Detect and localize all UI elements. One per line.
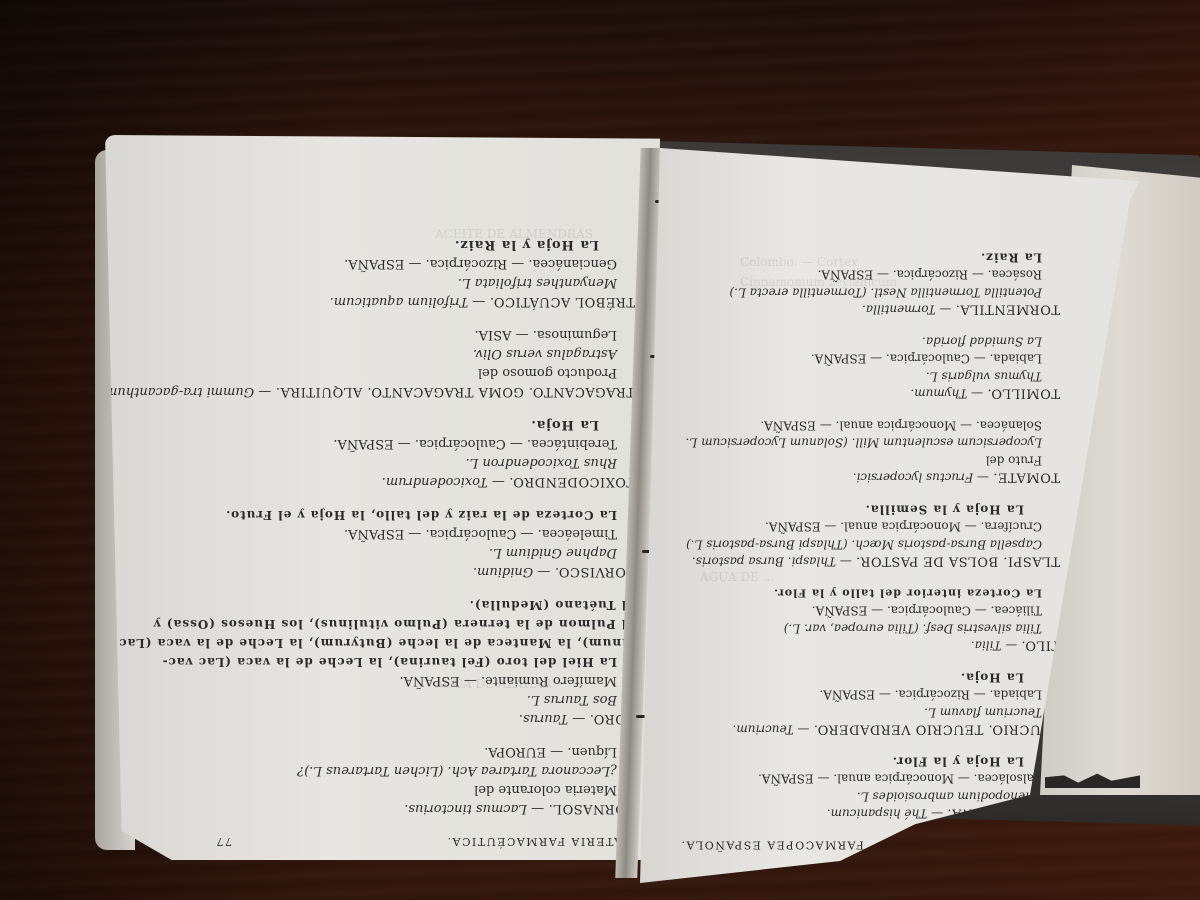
- running-head-title: MATERIA FARMACÉUTICA.: [446, 832, 635, 851]
- entry-tomillo: TOMILLO. — Thymum. Thymus vulgaris L. La…: [680, 332, 1060, 402]
- entry-line: Rhus Toxicodendron L.: [215, 453, 635, 472]
- entry-line: La Hoja y la Raiz.: [215, 235, 635, 254]
- entry-toxicodendro: TOXICODENDRO. — Toxicodendrum. Rhus Toxi…: [215, 415, 635, 491]
- entry-line: Timeleácea. — Caulocárpica. — ESPAÑA.: [215, 524, 635, 543]
- entry-line: Lycopersicum esculentum Mill. (Solanum L…: [680, 434, 1060, 452]
- entry-title: TOXICODENDRO.: [509, 474, 635, 489]
- entry-line: cinum), la Manteca de la leche (Butyrum)…: [215, 633, 635, 652]
- entry-line: Menyanthes trifoliata L.: [215, 273, 635, 292]
- entry-tilo: TILO. — Tilia. Tilia silvestris Desf. (T…: [680, 584, 1060, 654]
- entry-latin: Tormentilla.: [862, 303, 936, 317]
- entry-line: La Hoja.: [215, 415, 635, 434]
- entry-line: Materia colorante del: [215, 780, 635, 799]
- entry-line: Thymus vulgaris L.: [680, 367, 1060, 385]
- left-page-text: MATERIA FARMACÉUTICA. 77 TORNASOL. — Lac…: [215, 235, 635, 851]
- entry-latin: Teucrium.: [733, 723, 794, 737]
- right-page-text: 76 FARMACOPEA ESPAÑOLA. TÉ DE ESPAÑA. — …: [680, 248, 1060, 854]
- entry-title: TRÉBOL ACUÁTICO.: [489, 294, 635, 309]
- entry-line: La Corteza de la raiz y del tallo, la Ho…: [215, 505, 635, 524]
- entry-line: Capsella Bursa-pastoris Mœch. (Thlaspi B…: [680, 535, 1060, 553]
- entry-line: Daphne Gnidium L.: [215, 543, 635, 562]
- entry-line: Fruto del: [680, 451, 1060, 469]
- entry-line: Teucrium flavum L.: [680, 703, 1060, 721]
- entry-line: el Tuétano (Medulla).: [215, 595, 635, 614]
- entry-latin: Tilia.: [971, 639, 1002, 653]
- entry-line: Labiada. — Caulocárpica. — ESPAÑA.: [680, 350, 1060, 368]
- entry-line: Rosácea. — Rizocárpica. — ESPAÑA.: [680, 266, 1060, 284]
- entry-line: el Pulmon de la ternera (Pulmo vitulinus…: [215, 614, 635, 633]
- entry-latin: Taurus.: [519, 711, 568, 726]
- entry-line: La Hoja y la Flor.: [680, 752, 1060, 770]
- entry-tomate: TOMATE. — Fructus lycopersici. Fruto del…: [680, 416, 1060, 486]
- entry-line: ¿Leccanora Tartarea Ach. (Lichen Tartare…: [215, 761, 635, 780]
- entry-line: Labiada. — Rizocárpica. — ESPAÑA.: [680, 686, 1060, 704]
- entry-line: Tilia silvestris Desf. (Tilia europea, v…: [680, 619, 1060, 637]
- entry-title: TEUCRIO. TEUCRIO VERDADERO.: [813, 722, 1060, 737]
- entry-latin: Toxicodendrum.: [382, 474, 488, 489]
- entry-title: TOMATE.: [993, 470, 1060, 485]
- entry-teucrio: TEUCRIO. TEUCRIO VERDADERO. — Teucrium. …: [680, 668, 1060, 738]
- page-number: 77: [215, 832, 232, 851]
- binding-stitch: [636, 715, 646, 718]
- entry-toro: TORO. — Taurus. Bos Taurus L. Mamífero R…: [215, 595, 635, 728]
- entry-latin: Lacmus tinctorius.: [404, 801, 527, 816]
- running-head: 76 FARMACOPEA ESPAÑOLA.: [680, 836, 1060, 854]
- entry-latin: Thé hispanicum.: [827, 807, 927, 821]
- entry-line: La Sumidad florida.: [680, 332, 1060, 350]
- entry-line: La Raiz.: [680, 248, 1060, 266]
- entry-tormentila: TORMENTILA. — Tormentilla. Potentilla To…: [680, 248, 1060, 318]
- entry-tragacanto: TRAGACANTO. GOMA TRAGACANTO. ALQUITIRA. …: [215, 325, 635, 401]
- entry-line: La Hoja.: [680, 668, 1060, 686]
- entry-line: Leguminosa. — ASIA.: [215, 325, 635, 344]
- entry-tlaspi: TLASPI. BOLSA DE PASTOR. — Thlaspi. Burs…: [680, 500, 1060, 570]
- entry-latin: Thlaspi. Bursa pastoris.: [692, 555, 836, 569]
- entry-title: TILO.: [1021, 638, 1060, 653]
- entry-latin: Thymum.: [910, 387, 967, 401]
- entry-line: Producto gomoso del: [215, 363, 635, 382]
- entry-line: La Hoja y la Semilla.: [680, 500, 1060, 518]
- entry-line: Mamífero Rumiante. — ESPAÑA.: [215, 671, 635, 690]
- entry-line: Bos Taurus L.: [215, 690, 635, 709]
- entry-line: Gencianácea. — Rizocárpica. — ESPAÑA.: [215, 254, 635, 273]
- entry-latin: Gummi tra-gacanthum.: [105, 384, 254, 399]
- entry-tornasol: TORNASOL. — Lacmus tinctorius. Materia c…: [215, 742, 635, 818]
- entry-line: Salsolácea. — Monocárpica anual. — ESPAÑ…: [680, 770, 1060, 788]
- page-number: 76: [1043, 836, 1060, 854]
- entry-title: TRAGACANTO. GOMA TRAGACANTO. ALQUITIRA.: [275, 384, 635, 399]
- running-head: MATERIA FARMACÉUTICA. 77: [215, 832, 635, 851]
- entry-title: TORVISCO.: [554, 564, 635, 579]
- entry-latin: Gnidium.: [473, 564, 533, 579]
- entry-trebol-acuatico: TRÉBOL ACUÁTICO. — Trifolium aquaticum. …: [215, 235, 635, 311]
- entry-torvisco: TORVISCO. — Gnidium. Daphne Gnidium L. T…: [215, 505, 635, 581]
- entry-line: Crucífera. — Monocárpica anual. — ESPAÑA…: [680, 518, 1060, 536]
- entry-line: Líquen. — EUROPA.: [215, 742, 635, 761]
- running-head-title: FARMACOPEA ESPAÑOLA.: [680, 836, 864, 854]
- entry-line: Potentilla Tormentilla Nestl. (Tormentil…: [680, 283, 1060, 301]
- entry-line: La Corteza interior del tallo y la Flor.: [680, 584, 1060, 602]
- entry-line: Astragalus verus Oliv.: [215, 344, 635, 363]
- entry-title: TLASPI. BOLSA DE PASTOR.: [856, 554, 1060, 569]
- entry-line: La Hiel del toro (Fel taurina), la Leche…: [215, 652, 635, 671]
- entry-line: Tiliácea. — Caulocárpica. — ESPAÑA.: [680, 602, 1060, 620]
- entry-line: Terebintácea. — Caulocárpica. — ESPAÑA.: [215, 434, 635, 453]
- entry-latin: Trifolium aquaticum.: [330, 294, 469, 309]
- entry-title: TOMILLO.: [987, 386, 1060, 401]
- entry-title: TORMENTILA.: [955, 302, 1060, 317]
- entry-latin: Fructus lycopersici.: [853, 471, 974, 485]
- entry-line: Solanácea. — Monocárpica anual. — ESPAÑA…: [680, 416, 1060, 434]
- left-page: ACEITE DE ALMENDRAS AGUA DE AZAHAR MATER…: [105, 135, 660, 860]
